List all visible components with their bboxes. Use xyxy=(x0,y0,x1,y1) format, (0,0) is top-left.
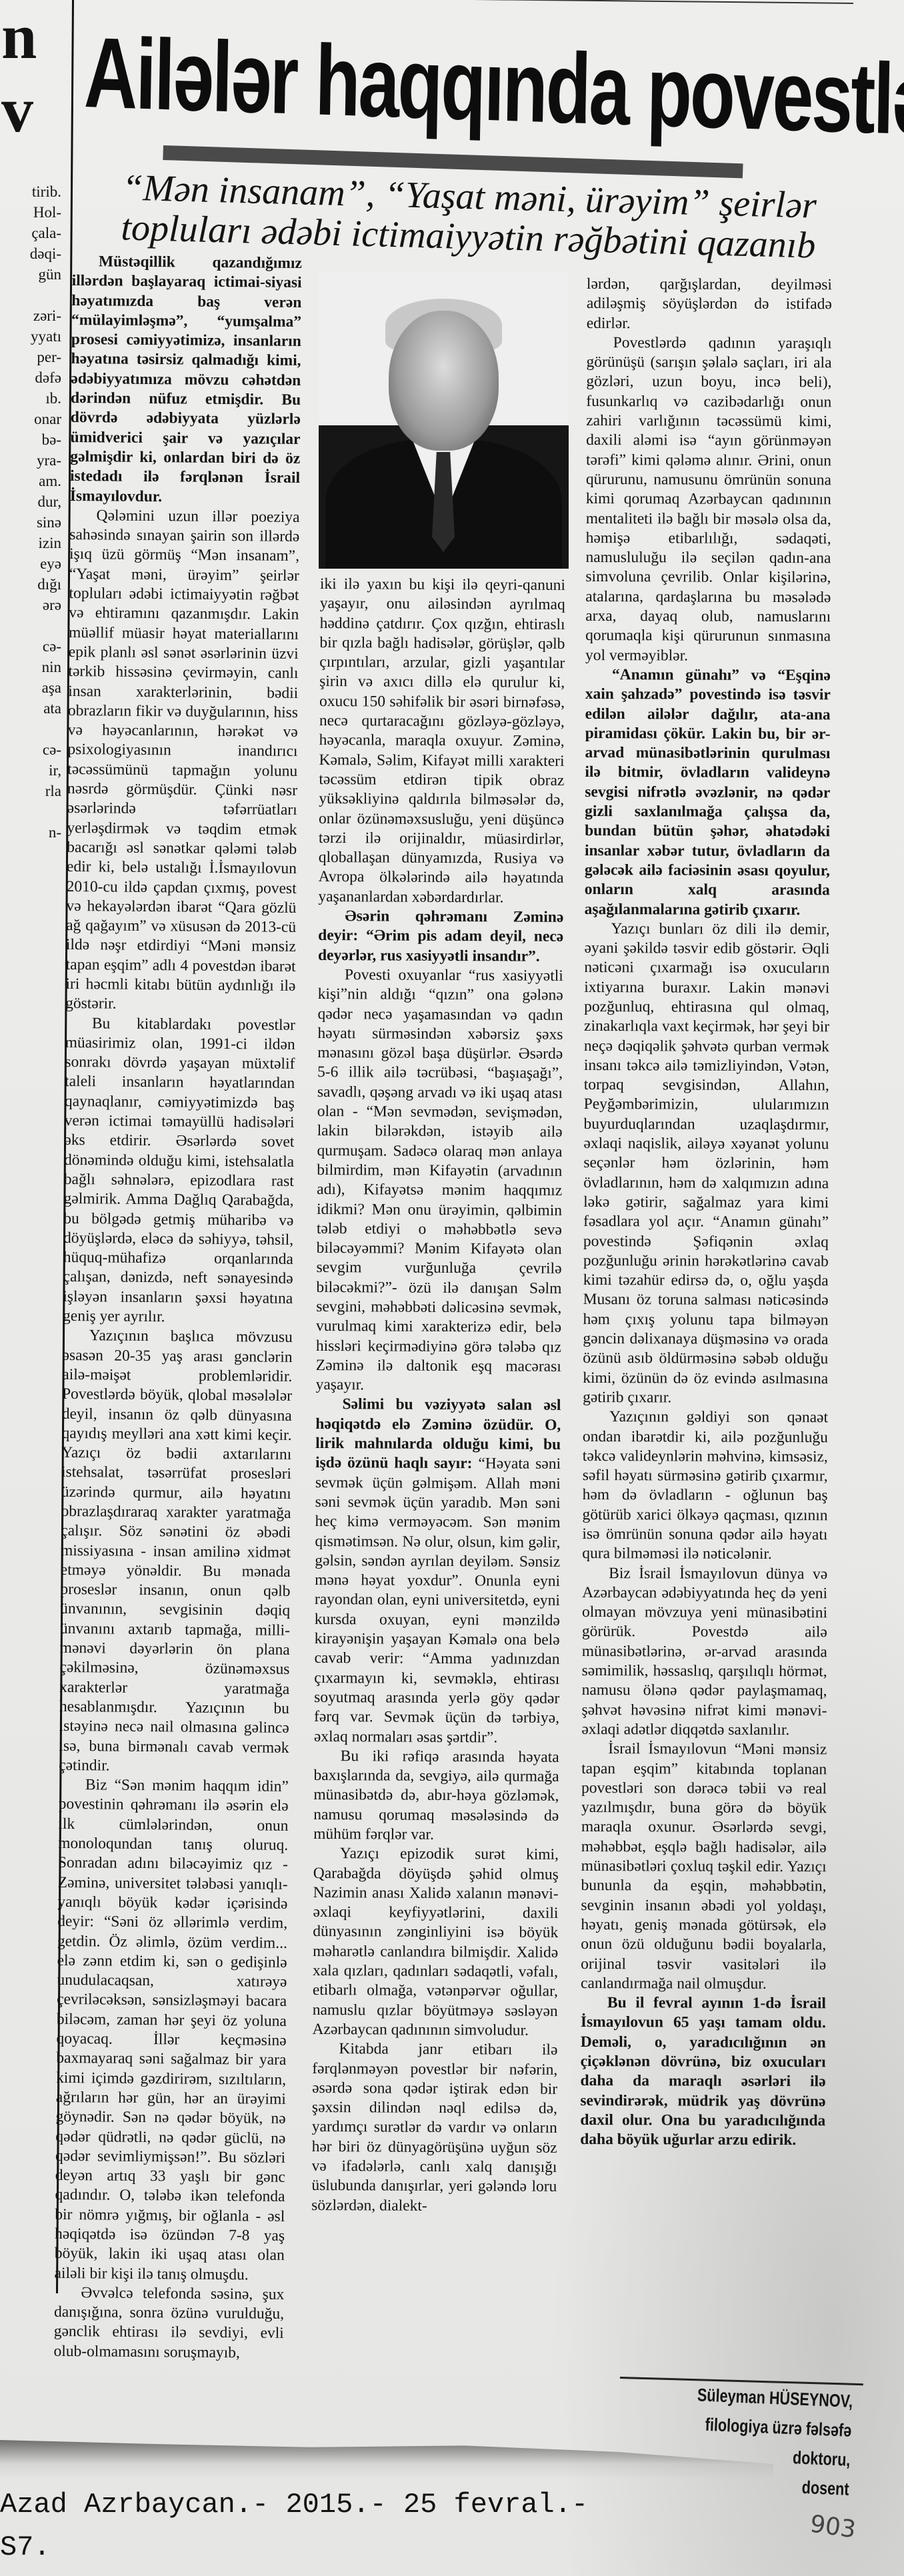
neighbour-line: çala- xyxy=(0,223,61,243)
article-column-3: lərdən, qarğışlardan, deyilməsi adiləşmi… xyxy=(580,275,832,2151)
article-paragraph: Yazıçı bunları öz dili ilə demir, əyani … xyxy=(583,919,830,1409)
neighbour-line: onar xyxy=(0,409,61,429)
article-column-2: iki ilə yaxın bu kişi ilə qeyri-qanuni y… xyxy=(311,575,565,2217)
article-paragraph: Səlimi bu vəziyyətə salan əsl həqiqətdə … xyxy=(314,1395,561,1747)
neighbour-article-fragment: n v tirib.Hol-çala-dəqi-gün zəri-yyatıpe… xyxy=(0,0,63,2300)
neighbour-headline-fragment-1: n xyxy=(1,0,63,73)
neighbour-line: zəri- xyxy=(0,305,61,326)
photo-face xyxy=(389,311,499,451)
neighbour-line: ərə xyxy=(0,595,61,615)
neighbour-line: yyatı xyxy=(0,326,61,347)
paragraph-bold-text: “Anamın günahı” və “Eşqinə xain şahzadə”… xyxy=(585,666,831,919)
neighbour-line: cə- xyxy=(0,636,61,657)
paragraph-bold-text: Əsərin qəhrəmanı Zəminə deyir: “Ərim pis… xyxy=(318,907,563,965)
neighbour-line: nin xyxy=(0,657,61,677)
neighbour-line: eyə xyxy=(0,553,61,574)
neighbour-line: tirib. xyxy=(0,181,61,202)
article-headline: Ailələr haqqında povestlər xyxy=(83,19,677,145)
article-paragraph: Qələmini uzun illər poeziya sahəsində sı… xyxy=(65,506,300,1016)
neighbour-line: rla xyxy=(0,781,61,801)
article-paragraph: Müstəqillik qazandığımız illərdən başlay… xyxy=(70,252,302,508)
neighbour-line: bə- xyxy=(0,429,61,450)
article-paragraph: Yazıçının gəldiyi son qənaət ondan ibarə… xyxy=(582,1407,828,1565)
top-rule xyxy=(347,0,853,4)
article-paragraph: Kitabda janr etibarı ilə fərqlənməyən po… xyxy=(311,2039,557,2217)
article-paragraph: Yazıçı epizodik surət kimi, Qarabağda dö… xyxy=(312,1844,559,2041)
neighbour-line: am. xyxy=(0,471,61,491)
neighbour-line xyxy=(0,615,61,636)
article-paragraph: Bu il fevral ayının 1-də İsrail İsmayılo… xyxy=(580,1993,826,2151)
neighbour-line: dəfə xyxy=(0,367,61,388)
neighbour-headline-fragment-2: v xyxy=(1,73,63,147)
article-paragraph: Bu kitablardakı povestlər müasirimiz ola… xyxy=(63,1014,295,1329)
article-paragraph: Əsərin qəhrəmanı Zəminə deyir: “Ərim pis… xyxy=(318,907,563,967)
paragraph-bold-text: Müstəqillik qazandığımız illərdən başlay… xyxy=(70,253,302,505)
article-paragraph: Biz “Sən mənim haqqım idin” povestinin q… xyxy=(54,1775,289,2285)
neighbour-line: dığı xyxy=(0,574,61,595)
neighbour-line: dur, xyxy=(0,491,61,512)
neighbour-line: gün xyxy=(0,264,61,285)
neighbour-line: ir, xyxy=(0,760,61,781)
article-paragraph: İsrail İsmayılovun “Məni mənsiz tapan eş… xyxy=(581,1739,827,1994)
article-column-1: Müstəqillik qazandığımız illərdən başlay… xyxy=(53,252,302,2363)
neighbour-line: aşa xyxy=(0,677,61,698)
citation-line-1: Azad Azrbaycan.- 2015.- 25 fevral.- xyxy=(0,2489,588,2521)
article-paragraph: Əvvəlcə telefonda səsinə, şux danışığına… xyxy=(53,2283,284,2363)
source-citation: Azad Azrbaycan.- 2015.- 25 fevral.- S7. xyxy=(0,2483,800,2569)
neighbour-line xyxy=(0,801,61,822)
neighbour-line: ata xyxy=(0,698,61,719)
article-paragraph: Biz İsrail İsmayılovun dünya və Azərbayc… xyxy=(581,1564,827,1741)
article-paragraph: Yazıçının başlıca mövzusu əsasən 20-35 y… xyxy=(59,1326,293,1777)
neighbour-line xyxy=(0,285,61,305)
handwritten-page-number: 903 xyxy=(808,2510,857,2543)
newspaper-clipping: n v tirib.Hol-çala-dəqi-gün zəri-yyatıpe… xyxy=(0,0,904,2576)
neighbour-line: Hol- xyxy=(0,202,61,223)
neighbour-line: n- xyxy=(0,822,61,843)
neighbour-line: per- xyxy=(0,347,61,367)
article-paragraph: “Anamın günahı” və “Eşqinə xain şahzadə”… xyxy=(585,665,831,920)
neighbour-line: yra- xyxy=(0,450,61,471)
neighbour-line: izin xyxy=(0,533,61,553)
neighbour-line: dəqi- xyxy=(0,243,61,264)
neighbour-line xyxy=(0,719,61,739)
article-paragraph: Povestlərdə qadının yaraşıqlı görünüşü (… xyxy=(585,333,832,666)
article-paragraph: iki ilə yaxın bu kişi ilə qeyri-qanuni y… xyxy=(318,575,565,908)
paragraph-text: “Həyata səni sevmək üçün gəlmişəm. Allah… xyxy=(314,1455,561,1746)
citation-line-2: S7. xyxy=(0,2531,51,2563)
paragraph-bold-text: Bu il fevral ayının 1-də İsrail İsmayılo… xyxy=(580,1994,826,2149)
neighbour-text-fragments: tirib.Hol-çala-dəqi-gün zəri-yyatıper-də… xyxy=(0,181,61,843)
article-paragraph: Bu iki rəfiqə arasında həyata baxışların… xyxy=(313,1747,559,1845)
article-paragraph: lərdən, qarğışlardan, deyilməsi adiləşmi… xyxy=(587,275,832,334)
neighbour-line: cə- xyxy=(0,739,61,760)
neighbour-line: ıb. xyxy=(0,388,61,409)
article-subheadline: “Mən insanam”, “Yaşat məni, ürəyim” şeir… xyxy=(85,167,853,267)
neighbour-line: sinə xyxy=(0,512,61,533)
article-paragraph: Povesti oxuyanlar “rus xasiyyətli kişi”n… xyxy=(316,965,563,1396)
author-portrait-photo xyxy=(319,272,569,569)
